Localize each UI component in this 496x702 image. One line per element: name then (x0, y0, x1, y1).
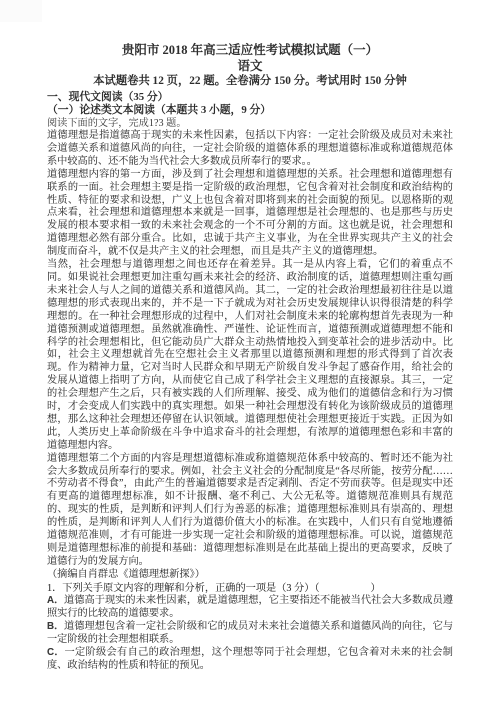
passage-paragraph: 道德理想第二个方面的内容是理想道德标准或称道德规范体系中较高的、暂时还不能为社会… (47, 453, 453, 569)
option-c-label: C． (47, 647, 65, 658)
reading-instruction: 阅读下面的文字，完成1?3 题。 (47, 117, 453, 130)
option-b-text: 道德理想包含着一定社会阶级和它的成员对未来社会道德关系和道德风尚的向往，它与一定… (47, 621, 453, 645)
option-b: B．道德理想包含着一定社会阶级和它的成员对未来社会道德关系和道德风尚的向往，它与… (47, 621, 453, 647)
option-a: A．道德高于现实的未来性因素，就是道德理想，它主要指还不能被当代社会大多数成员遵… (47, 595, 453, 621)
exam-title: 贵阳市 2018 年高三适应性考试模拟试题（一） (47, 42, 453, 58)
subject-title: 语文 (47, 58, 453, 74)
passage-attribution: （摘编自肖群忠《道德理想新探》） (47, 569, 453, 582)
page-content: 贵阳市 2018 年高三适应性考试模拟试题（一） 语文 本试题卷共 12 页，2… (47, 42, 453, 673)
exam-info: 本试题卷共 12 页，22 题。全卷满分 150 分。考试用时 150 分钟 (47, 74, 453, 89)
option-b-label: B． (47, 621, 64, 632)
option-c-text: 一定阶级会有自己的政治理想，这个理想等同于社会理想，它包含着对未来的社会制度、政… (47, 647, 453, 671)
passage-paragraph: 道德理想内容的第一方面，涉及到了社会理想和道德理想的关系。社会理想和道德理想有联… (47, 169, 453, 259)
question-stem: 1．下列关手原文内容的理解和分析，正确的一项是（3 分）（ ） (47, 582, 453, 596)
exam-paper-page: 贵阳市 2018 年高三适应性考试模拟试题（一） 语文 本试题卷共 12 页，2… (0, 0, 496, 702)
question-1: 1．下列关手原文内容的理解和分析，正确的一项是（3 分）（ ） A．道德高于现实… (47, 582, 453, 673)
option-a-text: 道德高于现实的未来性因素，就是道德理想，它主要指还不能被当代社会大多数成员遵照实… (47, 595, 453, 619)
option-c: C．一定阶级会有自己的政治理想，这个理想等同于社会理想，它包含着对未来的社会制度… (47, 647, 453, 673)
scan-artifact (0, 0, 42, 22)
passage-paragraph: 道德理想是指道德高于现实的未来性因素，包括以下内容：一定社会阶级及成员对未来社会… (47, 130, 453, 169)
passage-paragraph: 当然，社会理想与道德理想之间也还存在着差异。其一是从内容上看，它们的着重点不同。… (47, 259, 453, 453)
reading-passage: 道德理想是指道德高于现实的未来性因素，包括以下内容：一定社会阶级及成员对未来社会… (47, 130, 453, 582)
option-a-label: A． (47, 595, 64, 606)
section-heading: 一、现代文阅读（35 分） (47, 91, 453, 104)
subsection-heading: （一）论述类文本阅读（本题共 3 小题，9 分） (47, 104, 453, 117)
